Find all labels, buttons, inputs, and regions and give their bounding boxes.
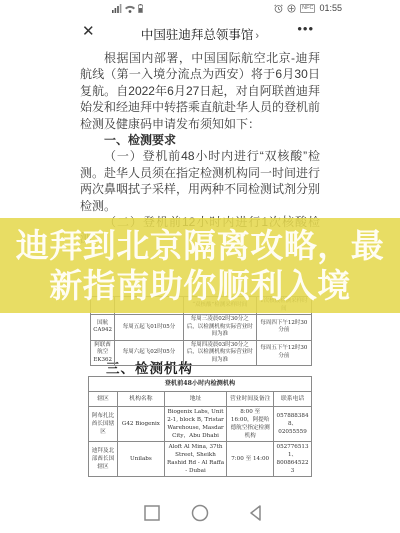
headline-text: 迪拜到北京隔离攻略，最新指南助你顺利入境 — [6, 226, 394, 306]
data-saver-icon — [287, 4, 296, 13]
cell-district: 阿布扎比酋长国辖区 — [89, 407, 118, 442]
recents-square-icon — [142, 503, 162, 523]
cell-departure: 每周六起飞02时05分 — [115, 340, 184, 366]
cell-double-pcr-window: 每周四凌晨03时30分之后，以检测机构实际营业时间为准 — [183, 340, 256, 366]
wifi-icon — [125, 5, 135, 13]
article-paragraph: 根据国内部署，中国国际航空北京-迪拜航线（第一入境分流点为西安）将于6月30日复… — [80, 50, 320, 132]
nav-bar: ✕ 中国驻迪拜总领事馆› ••• — [0, 18, 400, 46]
header-cell: 机构名称 — [117, 392, 164, 407]
alarm-icon — [274, 4, 283, 13]
back-triangle-icon — [246, 503, 266, 523]
account-title[interactable]: 中国驻迪拜总领事馆› — [0, 25, 400, 43]
header-cell: 营业时间及备注 — [227, 392, 274, 407]
status-right-icons: NFC 01:55 — [274, 3, 342, 13]
signal-icon — [112, 4, 122, 13]
cell-phone: 0527765131、8008645223 — [274, 442, 312, 477]
header-cell: 辖区 — [89, 392, 118, 407]
cell-phone: 0578883848、02055559 — [274, 407, 312, 442]
more-menu-icon[interactable]: ••• — [297, 21, 314, 36]
android-nav-bar — [0, 501, 400, 525]
battery-icon — [138, 4, 143, 13]
cell-flight: 国航 CA942 — [91, 315, 115, 341]
article-heading-1: 一、检测要求 — [80, 132, 320, 148]
cell-single-pcr-window: 每周五下午12时30分前 — [256, 340, 311, 366]
cell-facility-name: G42 Biogenix — [117, 407, 164, 442]
home-circle-icon — [190, 503, 210, 523]
chevron-right-icon: › — [255, 30, 259, 42]
table-row: 阿布扎比酋长国辖区 G42 Biogenix Biogenix Labs, Un… — [89, 407, 312, 442]
table-header-row: 辖区 机构名称 地址 营业时间及备注 联系电话 — [89, 392, 312, 407]
status-time: 01:55 — [319, 3, 342, 13]
account-title-label: 中国驻迪拜总领事馆 — [141, 28, 254, 42]
cell-departure: 每周五起飞01时05分 — [115, 315, 184, 341]
table-row: 阿联酋航空 EK362 每周六起飞02时05分 每周四凌晨03时30分之后，以检… — [91, 340, 312, 366]
article-paragraph: （一）登机前48小时内进行“双核酸”检测。赴华人员须在指定检测机构同一时间进行两… — [80, 148, 320, 214]
table-title: 登机前48小时内检测机构 — [89, 377, 312, 392]
cell-district: 迪拜及北部酋长国辖区 — [89, 442, 118, 477]
home-button[interactable] — [190, 503, 210, 523]
cell-address: Biogenix Labs, Unit 2-1, block B, Trista… — [164, 407, 226, 442]
cell-double-pcr-window: 每周三凌晨02时30分之后，以检测机构实际营业时间为准 — [183, 315, 256, 341]
recents-button[interactable] — [142, 503, 162, 523]
status-left-icons — [112, 4, 143, 13]
header-cell: 联系电话 — [274, 392, 312, 407]
phone-screen: NFC 01:55 ✕ 中国驻迪拜总领事馆› ••• 根据国内部署，中国国际航空… — [0, 0, 400, 533]
cell-hours: 7:00 至 14:00 — [227, 442, 274, 477]
cell-facility-name: Unilabs — [117, 442, 164, 477]
header-cell: 地址 — [164, 392, 226, 407]
cell-hours: 8:00 至 16:00，阿提哈德航空指定检测机构 — [227, 407, 274, 442]
cell-flight: 阿联酋航空 EK362 — [91, 340, 115, 366]
facility-table: 登机前48小时内检测机构 辖区 机构名称 地址 营业时间及备注 联系电话 阿布扎… — [88, 376, 312, 477]
headline-overlay: 迪拜到北京隔离攻略，最新指南助你顺利入境 — [0, 218, 400, 313]
cell-single-pcr-window: 每周四下午12时30分前 — [256, 315, 311, 341]
table-title-row: 登机前48小时内检测机构 — [89, 377, 312, 392]
back-button[interactable] — [246, 503, 266, 523]
cell-address: Aloft Al Mina, 37th Street, Sheikh Rashi… — [164, 442, 226, 477]
nfc-icon: NFC — [300, 4, 315, 13]
table-row: 国航 CA942 每周五起飞01时05分 每周三凌晨02时30分之后，以检测机构… — [91, 315, 312, 341]
table-row: 迪拜及北部酋长国辖区 Unilabs Aloft Al Mina, 37th S… — [89, 442, 312, 477]
status-bar: NFC 01:55 — [0, 3, 400, 17]
